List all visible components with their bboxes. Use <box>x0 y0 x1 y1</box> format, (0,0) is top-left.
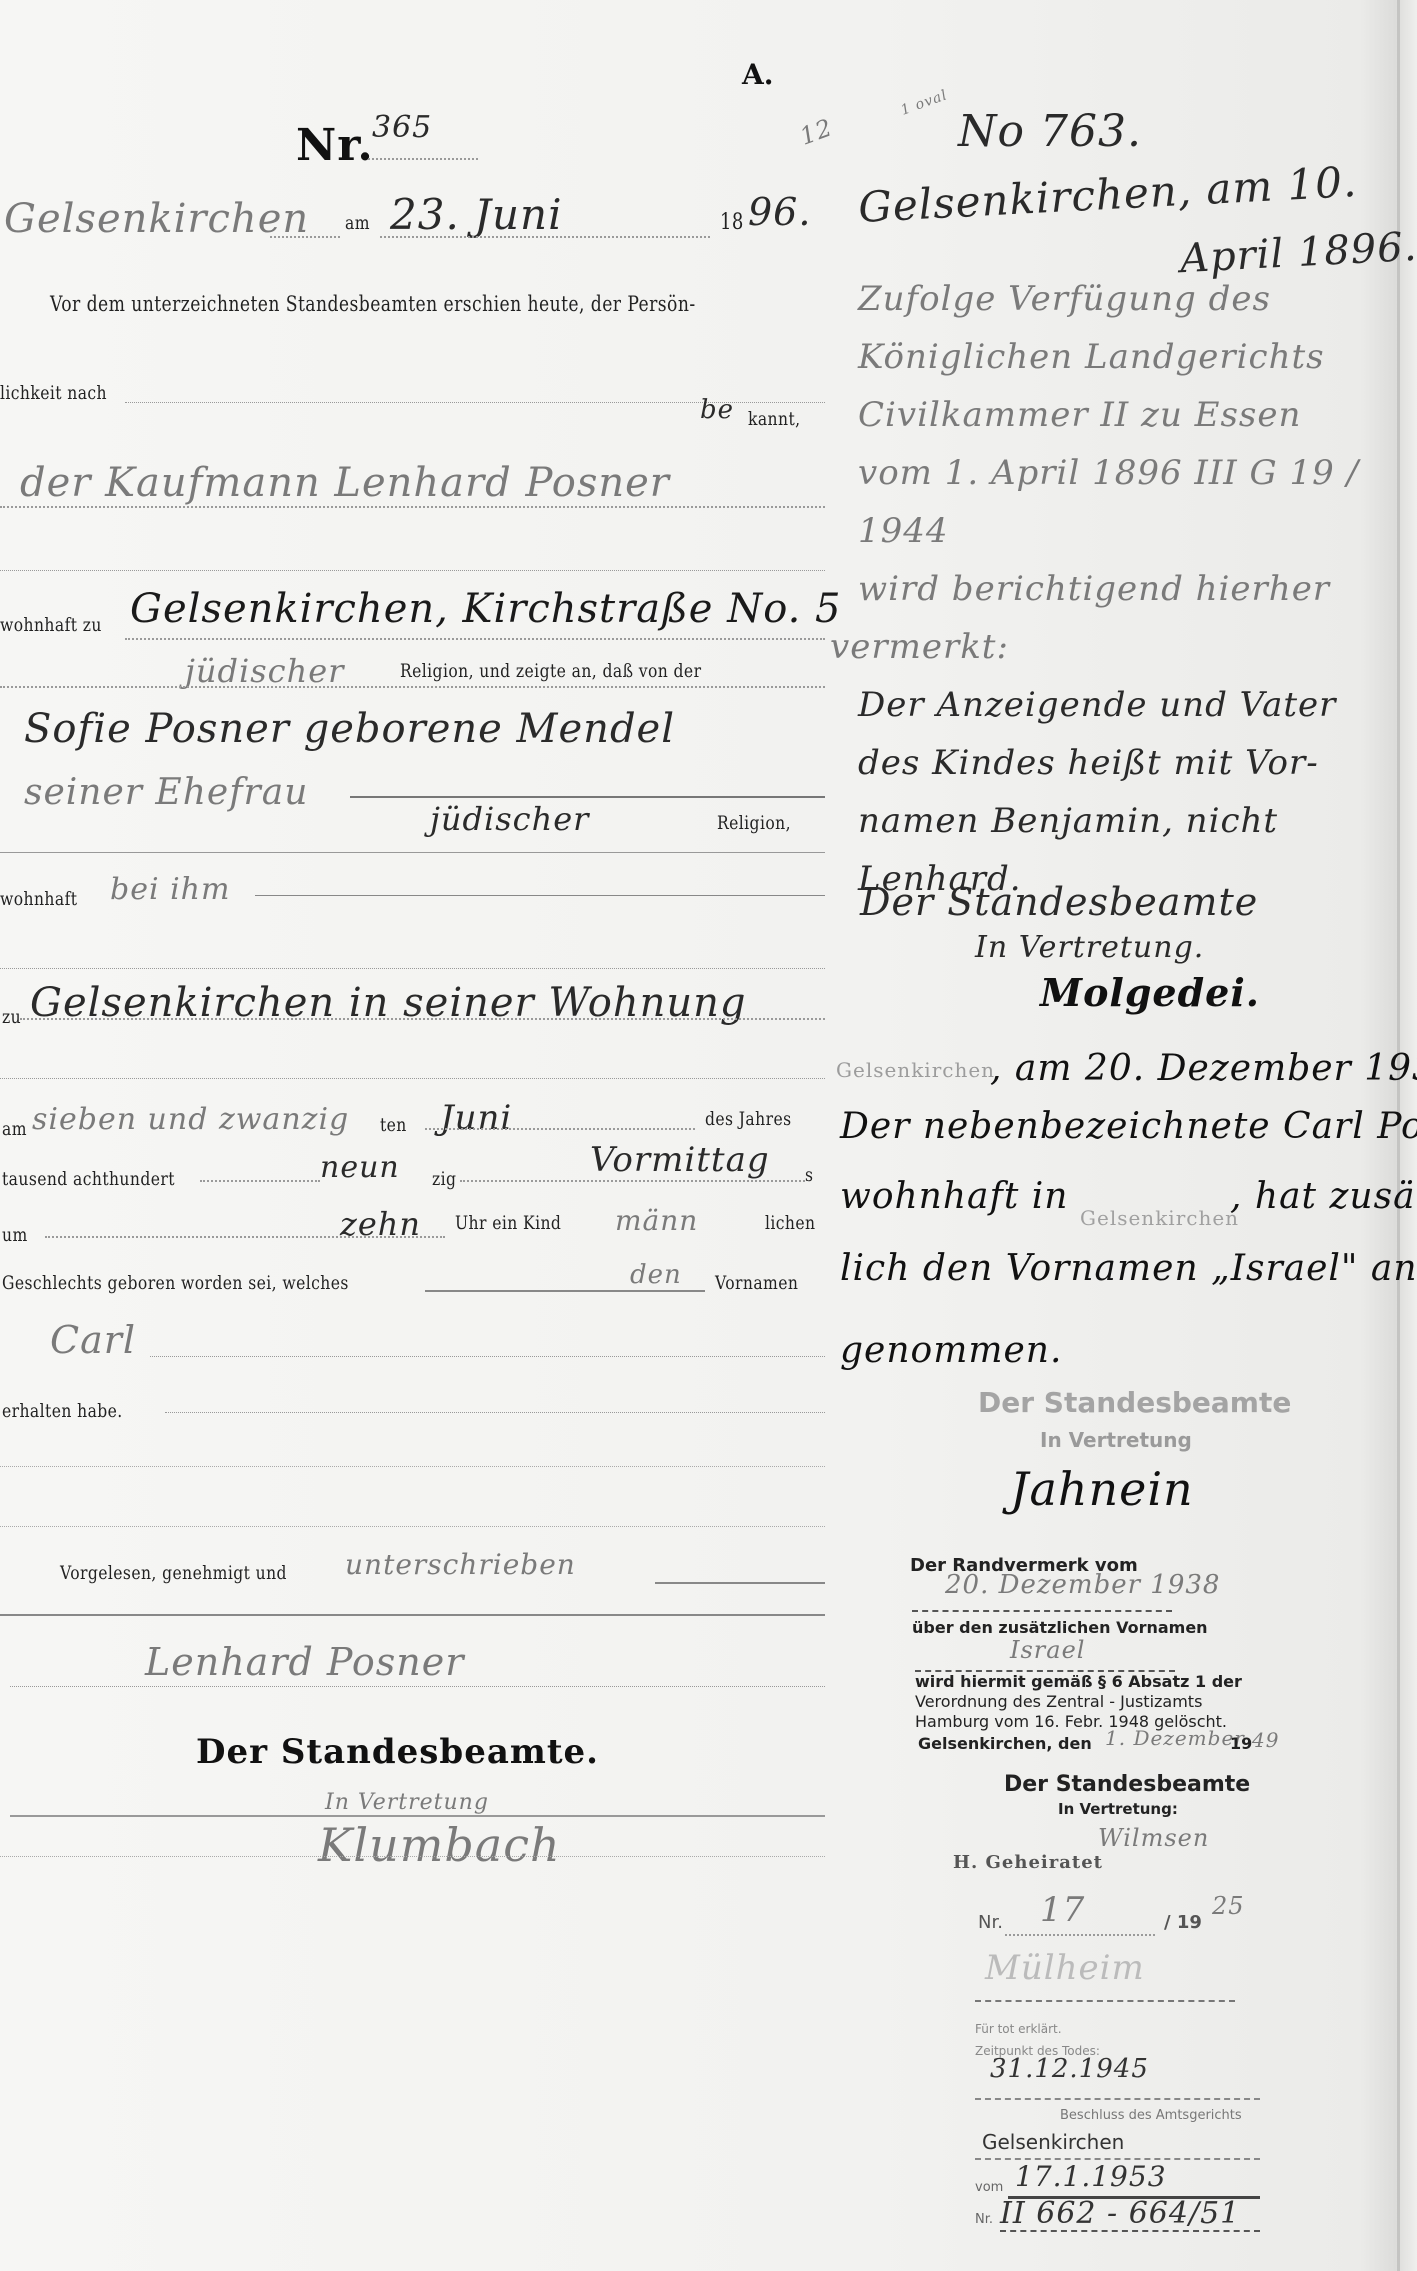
thousand-label: tausend achthundert <box>2 1168 175 1190</box>
child-label: Uhr ein Kind <box>455 1212 561 1234</box>
date-handwritten: 23. Juni <box>390 190 563 239</box>
margin-note1-line: Civilkammer II zu Essen <box>858 386 1398 444</box>
mother-relation: seiner Ehefrau <box>24 772 308 813</box>
read-line <box>655 1582 825 1584</box>
vornamen-label: über den zusätzlichen Vornamen <box>912 1618 1208 1637</box>
margin-note2-stamp-place-inline: Gelsenkirchen <box>1080 1206 1239 1230</box>
margin-note1-line: des Kindes heißt mit Vor- <box>858 734 1398 792</box>
case-line <box>1000 2230 1260 2232</box>
month-value: Juni <box>440 1098 512 1138</box>
margin-note1-line: Zufolge Verfügung des <box>858 270 1398 328</box>
firstname-line <box>150 1356 825 1357</box>
informant-signature: Lenhard Posner <box>145 1640 464 1684</box>
article-line <box>425 1290 705 1292</box>
place-value-line <box>20 1018 825 1020</box>
registrar-deputy-line <box>10 1815 825 1817</box>
blank-line-8 <box>0 1856 825 1857</box>
mother-relation-line <box>350 796 825 798</box>
mother-name: Sofie Posner geborene Mendel <box>24 706 675 752</box>
place-line <box>270 236 340 238</box>
residence-line <box>125 638 825 640</box>
sex-suffix: lichen <box>765 1212 815 1234</box>
margin-note1-signature: Molgedei. <box>1040 970 1260 1015</box>
margin-note1-deputy: In Vertretung. <box>975 930 1204 965</box>
legal-place: Gelsenkirchen, den <box>918 1734 1092 1753</box>
residence2-label: wohnhaft <box>0 888 77 910</box>
read-value: unterschrieben <box>345 1548 576 1581</box>
margin-note1-line: Königlichen Landgerichts <box>858 328 1398 386</box>
religion-line <box>0 686 825 688</box>
court-label: Beschluss des Amtsgerichts <box>1060 2108 1242 2123</box>
margin-note1-line: Der Anzeigende und Vater <box>858 676 1398 734</box>
firstname-label: Vornamen <box>715 1272 798 1294</box>
margin-note1-signoff: Der Standesbeamte <box>860 880 1258 924</box>
religion-label-2: Religion, <box>717 812 791 834</box>
register-number: 365 <box>372 110 432 145</box>
decision-label: vom <box>975 2180 1003 2195</box>
margin-note1-body: Zufolge Verfügung des Königlichen Landge… <box>858 270 1398 908</box>
firstname-value: Carl <box>50 1318 136 1362</box>
blank-line-4 <box>0 1078 825 1079</box>
randvermerk-date: 20. Dezember 1938 <box>945 1570 1220 1600</box>
blank-line-3 <box>0 968 825 969</box>
stamp-deputy: In Vertretung: <box>1058 1800 1178 1818</box>
legal-year-suffix: 49 <box>1252 1728 1279 1752</box>
married-nr-value: 17 <box>1040 1890 1085 1930</box>
residence-label: wohnhaft zu <box>0 614 102 636</box>
legal-year-prefix: 19 <box>1230 1734 1252 1753</box>
section-letter: A. <box>742 58 773 91</box>
time-of-day: Vormittag <box>590 1140 770 1180</box>
month-line <box>425 1128 695 1130</box>
margin-note2-stamp-deputy: In Vertretung <box>1040 1428 1192 1452</box>
margin-note1-line: vermerkt: <box>830 618 1398 676</box>
religion-value-1: jüdischer <box>185 652 344 690</box>
margin-note2-line: , hat zusätz- <box>1230 1176 1417 1217</box>
religion-value-2: jüdischer <box>430 800 589 838</box>
place-handwritten: Gelsenkirchen <box>4 196 309 242</box>
intro-line: Vor dem unterzeichneten Standesbeamten e… <box>50 292 696 316</box>
hour-label: um <box>2 1224 28 1246</box>
margin-corner-faint: 1 oval <box>899 87 950 119</box>
identity-label: lichkeit nach <box>0 382 107 404</box>
informant-name: der Kaufmann Lenhard Posner <box>20 460 670 506</box>
blank-line-1 <box>0 570 825 571</box>
margin-note1-line: wird berichtigend hierher <box>858 560 1398 618</box>
married-year-prefix: / 19 <box>1164 1912 1202 1933</box>
hour-value: zehn <box>340 1205 421 1243</box>
received-label: erhalten habe. <box>2 1400 123 1422</box>
margin-note2-stamp-title: Der Standesbeamte <box>978 1386 1291 1419</box>
day-label: am <box>2 1118 27 1140</box>
blank-line-7 <box>0 1614 825 1616</box>
legal-line-1: wird hiermit gemäß § 6 Absatz 1 der <box>915 1672 1242 1691</box>
case-value: II 662 - 664/51 <box>1000 2196 1240 2231</box>
blank-line-2 <box>0 852 825 853</box>
am-label: am <box>345 212 370 234</box>
decade-value: neun <box>320 1150 400 1185</box>
register-number-label: Nr. <box>296 120 374 171</box>
decade-suffix: zig <box>432 1168 456 1190</box>
margin-note2-date: , am 20. Dezember 1938 <box>990 1048 1417 1089</box>
registrar-deputy: In Vertretung <box>325 1790 489 1815</box>
day-value: sieben und zwanzig <box>32 1102 349 1137</box>
time-suffix: s <box>805 1164 813 1186</box>
randvermerk-line <box>912 1610 1172 1612</box>
married-place-line <box>975 2000 1235 2002</box>
margin-note1-place-date: Gelsenkirchen, am 10. <box>857 157 1358 232</box>
registrar-title: Der Standesbeamte. <box>196 1732 599 1772</box>
margin-note2-stamp-place: Gelsenkirchen <box>836 1058 995 1082</box>
margin-note1-line: vom 1. April 1896 III G 19 / 1944 <box>858 444 1398 560</box>
legal-line-2: Verordnung des Zentral - Justizamts <box>915 1692 1202 1711</box>
civil-birth-register-page: A. Nr. 365 12 1 oval No 763. Gelsenkirch… <box>0 0 1417 2271</box>
married-place: Mülheim <box>985 1948 1145 1988</box>
residence-value: Gelsenkirchen, Kirchstraße No. 5 <box>130 586 841 632</box>
year-label: des Jahres <box>705 1108 791 1130</box>
register-number-line <box>368 158 478 160</box>
stamp-signature: Wilmsen <box>1098 1824 1209 1852</box>
time-line <box>460 1180 805 1182</box>
year-suffix: 96. <box>748 190 811 234</box>
married-nr-line <box>1005 1934 1155 1936</box>
article-value: den <box>630 1260 682 1290</box>
margin-entry-number: No 763. <box>958 106 1142 157</box>
identity-value: be <box>700 395 734 425</box>
margin-note2-line: lich den Vornamen „Israel" an- <box>840 1248 1417 1289</box>
registrar-signature: Klumbach <box>318 1818 561 1872</box>
margin-note2-line: Der nebenbezeichnete Carl Posner <box>840 1106 1417 1147</box>
decision-date: 17.1.1953 <box>1015 2160 1167 2193</box>
day-suffix: ten <box>380 1114 407 1136</box>
blank-line-6 <box>0 1526 825 1527</box>
death-date-line <box>975 2098 1260 2100</box>
date-line <box>380 236 710 238</box>
decade-line-left <box>200 1180 320 1182</box>
margin-note2-line: genommen. <box>840 1330 1062 1371</box>
religion-line-1: Religion, und zeigte an, daß von der <box>400 660 701 682</box>
death-date: 31.12.1945 <box>990 2054 1149 2084</box>
margin-note2-signature: Jahnein <box>1010 1462 1194 1516</box>
court-place: Gelsenkirchen <box>982 2130 1124 2154</box>
informant-line <box>0 506 825 508</box>
place-label: zu <box>2 1006 21 1028</box>
vornamen-value: Israel <box>1010 1636 1085 1664</box>
read-label: Vorgelesen, genehmigt und <box>60 1562 287 1584</box>
married-year-suffix: 25 <box>1212 1892 1245 1920</box>
stamp-title: Der Standesbeamte <box>1004 1772 1250 1797</box>
gender-line: Geschlechts geboren worden sei, welches <box>2 1272 349 1294</box>
legal-date: 1. Dezember <box>1105 1726 1245 1750</box>
blank-line-5 <box>0 1466 825 1467</box>
margin-corner-note: 12 <box>796 113 836 150</box>
residence2-line <box>255 895 825 896</box>
margin-note2-line: wohnhaft in <box>840 1176 1068 1217</box>
informant-signature-line <box>10 1686 825 1687</box>
century-prefix: 18 <box>720 210 744 235</box>
case-label: Nr. <box>975 2212 993 2227</box>
married-label: H. Geheiratet <box>953 1852 1103 1873</box>
residence2-value: bei ihm <box>110 872 230 907</box>
margin-note1-line: namen Benjamin, nicht <box>858 792 1398 850</box>
received-line <box>165 1412 825 1413</box>
married-nr-label: Nr. <box>978 1912 1003 1933</box>
death-label-1: Für tot erklärt. <box>975 2022 1062 2036</box>
identity-suffix: kannt, <box>748 408 800 430</box>
sex-value: männ <box>615 1204 698 1237</box>
